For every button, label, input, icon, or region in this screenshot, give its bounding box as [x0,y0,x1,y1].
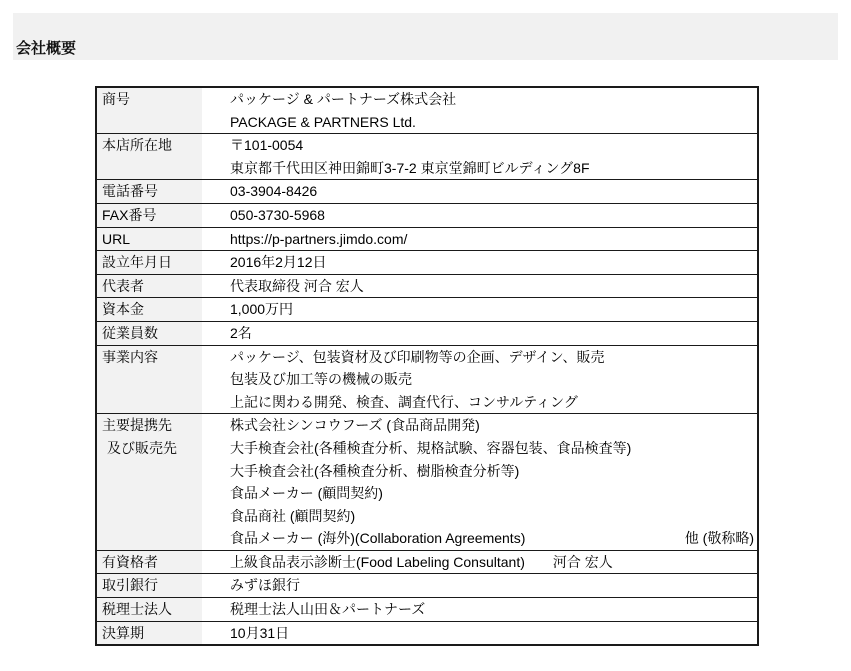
row-value: 03-3904-8426 [202,180,757,203]
row-label: 設立年月日 [97,251,202,274]
page-header: 会社概要 [13,13,838,60]
row-value: みずほ銀行 [202,574,757,597]
row-label: 有資格者 [97,551,202,574]
value-line: 03-3904-8426 [230,180,754,203]
table-row-tax-accountant: 税理士法人 税理士法人山田＆パートナーズ [97,598,757,622]
table-row-fax: FAX番号 050-3730-5968 [97,204,757,228]
row-label: URL [97,228,202,251]
row-label: 本店所在地 [97,134,202,179]
row-value: 1,000万円 [202,298,757,321]
row-value: 株式会社シンコウフーズ (食品商品開発) 大手検査会社(各種検査分析、規格試験、… [202,414,757,550]
row-label: 主要提携先 及び販売先 [97,414,202,550]
row-label: 従業員数 [97,322,202,345]
value-line: 2名 [230,322,754,345]
page: 会社概要 商号 パッケージ & パートナーズ株式会社 PACKAGE & PAR… [0,0,851,671]
row-label: 取引銀行 [97,574,202,597]
row-label: 決算期 [97,622,202,645]
table-row-phone: 電話番号 03-3904-8426 [97,180,757,204]
value-line: 包装及び加工等の機械の販売 [230,368,754,391]
row-value: 2016年2月12日 [202,251,757,274]
row-value: 2名 [202,322,757,345]
row-value: 代表取締役 河合 宏人 [202,275,757,298]
row-label: 税理士法人 [97,598,202,621]
table-row-bank: 取引銀行 みずほ銀行 [97,574,757,598]
row-label: 電話番号 [97,180,202,203]
row-value: パッケージ & パートナーズ株式会社 PACKAGE & PARTNERS Lt… [202,88,757,133]
value-line: 食品メーカー (海外)(Collaboration Agreements) 他 … [230,527,754,550]
value-line: パッケージ、包装資材及び印刷物等の企画、デザイン、販売 [230,346,754,369]
row-value: 上級食品表示診断士(Food Labeling Consultant) 河合 宏… [202,551,757,574]
row-label: 資本金 [97,298,202,321]
row-value: 050-3730-5968 [202,204,757,227]
table-row-established: 設立年月日 2016年2月12日 [97,251,757,275]
value-line: 〒101-0054 [230,134,754,157]
value-line: 10月31日 [230,622,754,645]
row-value: https://p-partners.jimdo.com/ [202,228,757,251]
value-line: 2016年2月12日 [230,251,754,274]
value-line: PACKAGE & PARTNERS Ltd. [230,111,754,134]
value-line: 上級食品表示診断士(Food Labeling Consultant) 河合 宏… [230,551,754,574]
page-title: 会社概要 [16,37,76,58]
table-row-qualified-person: 有資格者 上級食品表示診断士(Food Labeling Consultant)… [97,551,757,575]
table-row-capital: 資本金 1,000万円 [97,298,757,322]
value-line: 東京都千代田区神田錦町3-7-2 東京堂錦町ビルディング8F [230,157,754,180]
value-line: 代表取締役 河合 宏人 [230,275,754,298]
table-row-representative: 代表者 代表取締役 河合 宏人 [97,275,757,299]
row-label: 事業内容 [97,346,202,414]
value-line: 税理士法人山田＆パートナーズ [230,598,754,621]
row-value: 10月31日 [202,622,757,645]
partners-last-item: 食品メーカー (海外)(Collaboration Agreements) [230,527,525,550]
table-row-fiscal-year-end: 決算期 10月31日 [97,622,757,645]
row-label: 商号 [97,88,202,133]
value-line: 上記に関わる開発、検査、調査代行、コンサルティング [230,391,754,414]
value-line: 大手検査会社(各種検査分析、規格試験、容器包装、食品検査等) [230,437,754,460]
row-value: 税理士法人山田＆パートナーズ [202,598,757,621]
value-line: 食品メーカー (顧問契約) [230,482,754,505]
company-url-text: https://p-partners.jimdo.com/ [230,228,754,251]
table-row-business: 事業内容 パッケージ、包装資材及び印刷物等の企画、デザイン、販売 包装及び加工等… [97,346,757,415]
table-row-trade-name: 商号 パッケージ & パートナーズ株式会社 PACKAGE & PARTNERS… [97,88,757,134]
value-line: 1,000万円 [230,298,754,321]
value-line: みずほ銀行 [230,574,754,597]
value-line: 食品商社 (顧問契約) [230,505,754,528]
value-line: パッケージ & パートナーズ株式会社 [230,88,754,111]
company-overview-table: 商号 パッケージ & パートナーズ株式会社 PACKAGE & PARTNERS… [95,86,759,646]
value-line: 050-3730-5968 [230,204,754,227]
value-line: 大手検査会社(各種検査分析、樹脂検査分析等) [230,460,754,483]
row-value: 〒101-0054 東京都千代田区神田錦町3-7-2 東京堂錦町ビルディング8F [202,134,757,179]
row-value: パッケージ、包装資材及び印刷物等の企画、デザイン、販売 包装及び加工等の機械の販… [202,346,757,414]
row-label: 代表者 [97,275,202,298]
row-label: FAX番号 [97,204,202,227]
table-row-partners: 主要提携先 及び販売先 株式会社シンコウフーズ (食品商品開発) 大手検査会社(… [97,414,757,551]
table-row-url: URL https://p-partners.jimdo.com/ [97,228,757,252]
table-row-head-office: 本店所在地 〒101-0054 東京都千代田区神田錦町3-7-2 東京堂錦町ビル… [97,134,757,180]
table-row-employees: 従業員数 2名 [97,322,757,346]
partners-note: 他 (敬称略) [685,527,754,550]
value-line: 株式会社シンコウフーズ (食品商品開発) [230,414,754,437]
